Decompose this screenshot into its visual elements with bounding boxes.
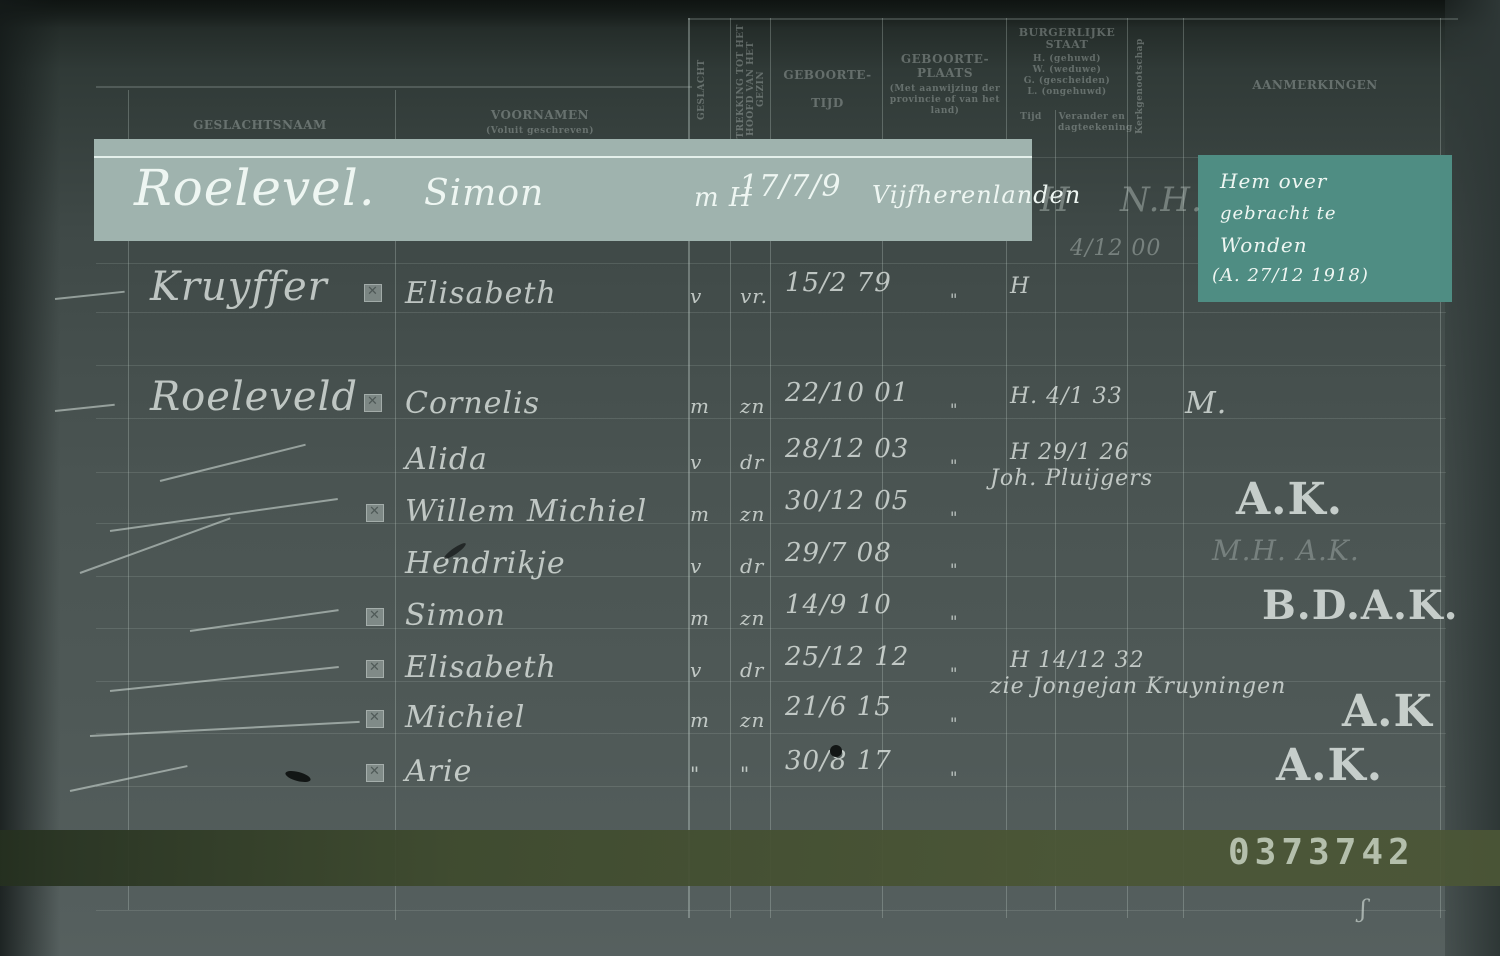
row-birth-place: " (950, 508, 958, 527)
header-remarks: AANMERKINGEN (1190, 78, 1440, 92)
row-sex: m (690, 708, 710, 732)
marker-box-icon (366, 710, 384, 728)
marker-box-icon (364, 394, 382, 412)
row-given-names: Michiel (405, 700, 525, 735)
ink-spot (830, 745, 842, 757)
row-sex: " (690, 762, 700, 786)
marker-box-icon (366, 608, 384, 626)
row-civil-status: H (1010, 274, 1030, 299)
ruled-line (96, 786, 1446, 787)
row-birth-date: 30/12 05 (785, 486, 909, 516)
marker-box-icon (366, 764, 384, 782)
row-relation: zn (740, 394, 765, 418)
row-civil-status: H 29/1 26 (1010, 440, 1130, 465)
row-sex: v (690, 284, 702, 308)
row-given-names: Cornelis (405, 386, 540, 421)
remark-line: Hem over (1220, 169, 1327, 193)
row-sex: m (690, 394, 710, 418)
row-birth-date: 22/10 01 (785, 378, 909, 408)
row-sex: v (690, 450, 702, 474)
ruled-line (94, 156, 1032, 158)
header-civil-status-code: G. (gescheiden) (1008, 76, 1126, 87)
row-relation: dr (740, 658, 764, 682)
marker-box-icon (364, 284, 382, 302)
ruled-line (96, 472, 1446, 473)
row-sex: v (690, 658, 702, 682)
scanned-document: GESLACHTSNAAM VOORNAMEN (Voluit geschrev… (0, 0, 1500, 956)
row-birth-place: " (950, 400, 958, 419)
remark-line: (A. 27/12 1918) (1212, 265, 1369, 286)
stamp-mh-ak: M.H. A.K. (1212, 534, 1360, 567)
header-civil-status-2: STAAT (1008, 38, 1126, 52)
row-birth-date: 14/9 10 (785, 590, 892, 620)
head-surname: Roelevel. (134, 159, 376, 217)
row-surname: Roeleveld (150, 374, 358, 420)
row-sex: m (690, 502, 710, 526)
header-birth-place-2: PLAATS (885, 66, 1005, 80)
row-sex: m (690, 606, 710, 630)
row-relation: dr (740, 554, 764, 578)
marker-box-icon (366, 660, 384, 678)
header-civil-status-code: L. (ongehuwd) (1008, 87, 1126, 98)
header-birth-date-1: GEBOORTE- (775, 68, 880, 82)
row-birth-place: " (950, 290, 958, 309)
row-given-names: Willem Michiel (405, 494, 647, 529)
row-given-names: Elisabeth (405, 650, 557, 685)
header-civil-status-code: W. (weduwe) (1008, 65, 1126, 76)
ruled-line (96, 910, 1446, 911)
row-birth-place: " (950, 664, 958, 683)
head-given-names: Simon (424, 173, 544, 214)
strike-mark (55, 404, 115, 412)
remark-line: Wonden (1220, 233, 1308, 257)
stamp-ak: A.K. (1276, 740, 1383, 791)
head-church: N.H. (1120, 180, 1203, 220)
row-relation: zn (740, 606, 765, 630)
ruled-line (96, 733, 1446, 734)
header-birth-place-sub: (Met aanwijzing der provincie of van het… (887, 84, 1003, 117)
row-birth-date: 25/12 12 (785, 642, 909, 672)
ruled-line (96, 628, 1446, 629)
row-remark: Joh. Pluijgers (990, 466, 1153, 491)
scan-right-edge (1445, 0, 1500, 956)
row-surname: Kruyffer (150, 264, 328, 310)
row-birth-place: " (950, 768, 958, 787)
header-top-rule-right (688, 18, 1458, 20)
header-sex: GESLACHT (697, 40, 707, 140)
column-divider (1055, 110, 1056, 910)
row-birth-date: 28/12 03 (785, 434, 909, 464)
row-relation: zn (740, 502, 765, 526)
stamp-bdak: B.D.A.K. (1262, 582, 1459, 629)
highlight-remark[interactable]: Hem over gebracht te Wonden (A. 27/12 19… (1198, 155, 1452, 302)
row-civil-status: H 14/12 32 (1010, 648, 1145, 673)
header-surname: GESLACHTSNAAM (150, 118, 370, 132)
row-birth-date: 29/7 08 (785, 538, 892, 568)
strike-mark (90, 721, 360, 737)
ink-spot (284, 769, 311, 784)
strike-mark (110, 498, 338, 532)
header-civil-status-change: Verander en dagteekening (1058, 112, 1126, 134)
row-given-names: Elisabeth (405, 276, 557, 311)
head-birth-date: 17/7/9 (739, 169, 842, 204)
row-relation: vr. (740, 284, 768, 308)
head-date: 4/12 00 (1070, 236, 1161, 261)
row-civil-status: H. 4/1 33 (1010, 384, 1123, 409)
ruled-line (96, 312, 1446, 313)
header-civil-status-code: H. (gehuwd) (1008, 54, 1126, 65)
header-relation: BETREKKING TOT HET HOOFD VAN HET GEZIN (736, 24, 766, 154)
row-given-names: Simon (405, 598, 506, 633)
row-birth-date: 15/2 79 (785, 268, 892, 298)
row-sex: v (690, 554, 702, 578)
header-birth-place-1: GEBOORTE- (885, 52, 1005, 66)
marker-box-icon (366, 504, 384, 522)
row-birth-date: 21/6 15 (785, 692, 892, 722)
row-given-names: Arie (405, 754, 472, 789)
head-civil-status: H (1040, 180, 1071, 220)
row-birth-place: " (950, 612, 958, 631)
remark-line: gebracht te (1220, 203, 1337, 224)
strike-mark (160, 444, 306, 482)
row-remark: M. (1185, 386, 1227, 421)
header-given-names: VOORNAMEN (440, 108, 640, 122)
column-divider (1440, 18, 1441, 918)
header-top-rule (96, 86, 692, 88)
strike-mark (55, 291, 125, 300)
ruled-line (96, 576, 1446, 577)
row-birth-place: " (950, 714, 958, 733)
header-birth-date-2: TIJD (775, 96, 880, 110)
stamp-ak: A.K. (1236, 474, 1343, 525)
header-given-names-sub: (Voluit geschreven) (440, 126, 640, 137)
strike-mark (110, 666, 339, 692)
header-civil-status-time: Tijd (1008, 112, 1054, 123)
row-given-names: Hendrikje (405, 546, 566, 581)
strike-mark (80, 517, 231, 574)
stamp-ak: A.K (1342, 686, 1433, 737)
row-birth-place: " (950, 560, 958, 579)
header-church: Kerkgenootschap (1135, 26, 1145, 146)
row-relation: zn (740, 708, 765, 732)
ruled-line (96, 365, 1446, 366)
row-relation: dr (740, 450, 764, 474)
highlight-head-of-family-row[interactable]: Roelevel. Simon m H 17/7/9 Vijfherenland… (94, 139, 1032, 241)
scan-left-shadow (0, 0, 60, 956)
column-divider (1183, 18, 1184, 918)
row-birth-place: " (950, 456, 958, 475)
row-remark: zie Jongejan Kruyningen (990, 674, 1286, 699)
row-given-names: Alida (405, 442, 488, 477)
film-number: 0373742 (1228, 832, 1415, 873)
corner-mark: ʃ (1360, 895, 1367, 923)
row-relation: " (740, 762, 750, 786)
